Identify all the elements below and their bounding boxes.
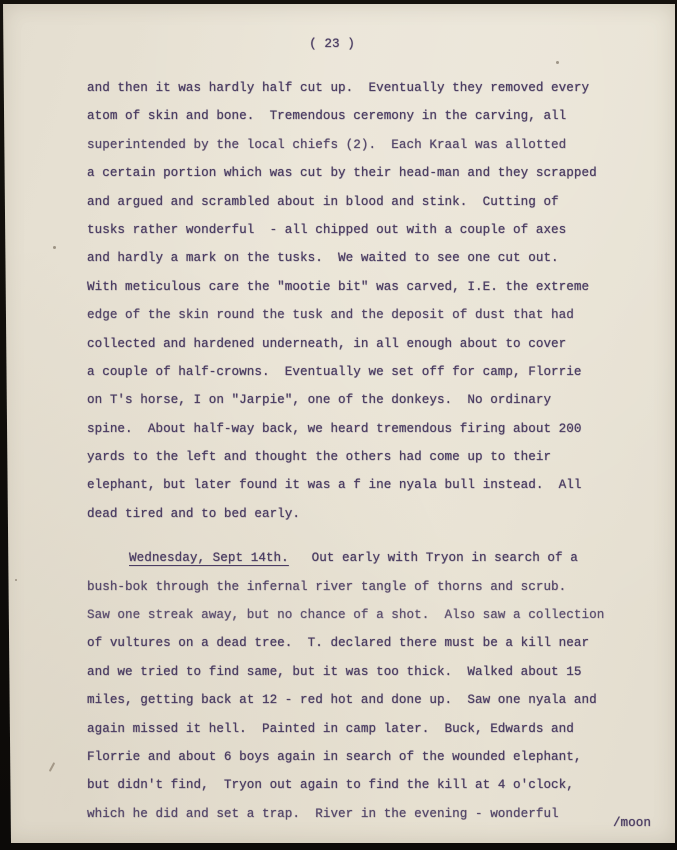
typed-line: yards to the left and thought the others… [87, 443, 675, 471]
paper-speck [556, 61, 559, 64]
page-number: ( 23 ) [3, 34, 675, 54]
typed-line: Florrie and about 6 boys again in search… [87, 743, 675, 771]
diary-entry-sept-14: Wednesday, Sept 14th. Out early with Try… [3, 544, 675, 828]
entry-date-heading: Wednesday, Sept 14th. [129, 551, 289, 565]
typed-line: dead tired and to bed early. [87, 500, 675, 528]
typed-line: and argued and scrambled about in blood … [87, 188, 675, 216]
typed-line: which he did and set a trap. River in th… [87, 800, 675, 828]
typed-line: but didn't find, Tryon out again to find… [87, 771, 675, 799]
typed-line: spine. About half-way back, we heard tre… [87, 415, 675, 443]
typed-line: bush-bok through the infernal river tang… [87, 573, 675, 601]
typed-line: superintended by the local chiefs (2). E… [87, 131, 675, 159]
entry-heading-line: Wednesday, Sept 14th. Out early with Try… [87, 544, 675, 572]
typed-line: tusks rather wonderful - all chipped out… [87, 216, 675, 244]
typed-line: miles, getting back at 12 - red hot and … [87, 686, 675, 714]
paper-speck [53, 246, 56, 249]
typed-line: and then it was hardly half cut up. Even… [87, 74, 675, 102]
typed-line: edge of the skin round the tusk and the … [87, 301, 675, 329]
typescript-paper: ( 23 ) and then it was hardly half cut u… [3, 4, 675, 843]
typed-line: a couple of half-crowns. Eventually we s… [87, 358, 675, 386]
entry-first-line-text: Out early with Tryon in search of a [289, 551, 578, 565]
typed-line: of vultures on a dead tree. T. declared … [87, 629, 675, 657]
scanned-page-frame: ( 23 ) and then it was hardly half cut u… [0, 0, 677, 850]
typed-line: collected and hardened underneath, in al… [87, 330, 675, 358]
paper-speck [15, 579, 17, 581]
typed-line: Saw one streak away, but no chance of a … [87, 601, 675, 629]
typed-line: and hardly a mark on the tusks. We waite… [87, 244, 675, 272]
typed-line: and we tried to find same, but it was to… [87, 658, 675, 686]
typed-line: elephant, but later found it was a f ine… [87, 471, 675, 499]
typed-line: With meticulous care the "mootie bit" wa… [87, 273, 675, 301]
typed-line: on T's horse, I on "Jarpie", one of the … [87, 386, 675, 414]
diary-paragraph-continued: and then it was hardly half cut up. Even… [3, 74, 675, 528]
typed-line: a certain portion which was cut by their… [87, 159, 675, 187]
typed-line: again missed it hell. Painted in camp la… [87, 715, 675, 743]
typed-line: atom of skin and bone. Tremendous ceremo… [87, 102, 675, 130]
